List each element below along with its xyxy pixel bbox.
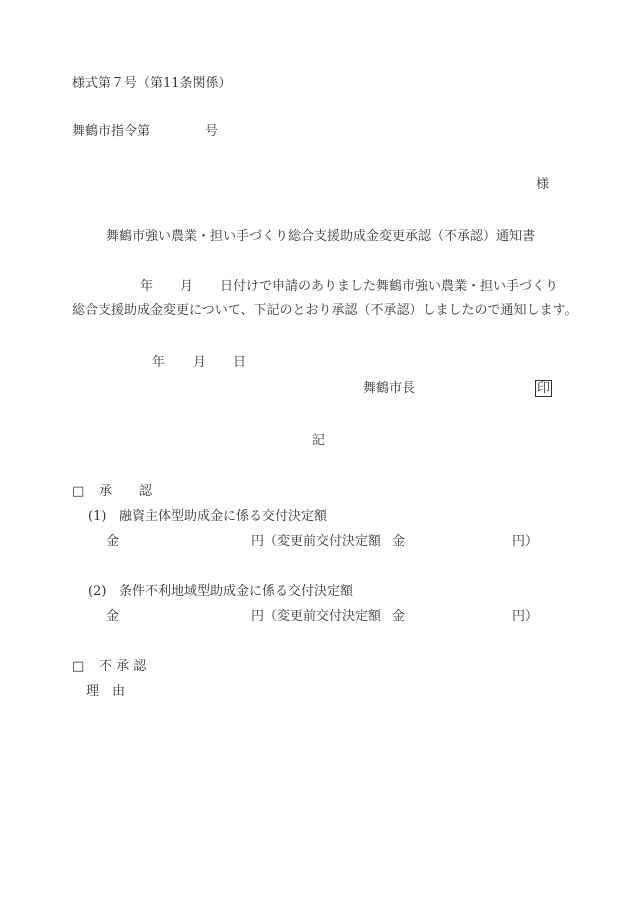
signer-name: 舞鶴市長 <box>363 381 415 397</box>
reference-prefix: 舞鶴市指令第 <box>72 124 150 140</box>
item-2-prev-suffix: 円） <box>512 609 538 625</box>
seal-mark: 印 <box>535 380 552 397</box>
date-month: 月 <box>193 355 206 371</box>
reference-suffix: 号 <box>205 124 218 140</box>
ki-label: 記 <box>312 433 325 449</box>
approval-checkbox[interactable]: □ <box>72 484 84 500</box>
disapproval-label: 不 承 認 <box>99 659 146 675</box>
approval-label-2: 認 <box>139 484 152 500</box>
item-2-amount-suffix: 円（変更前交付決定額 <box>251 609 381 625</box>
item-2-amount-prefix: 金 <box>106 609 119 625</box>
body-month: 月 <box>180 279 193 295</box>
item-1-amount-prefix: 金 <box>106 534 119 550</box>
approval-label-1: 承 <box>99 484 112 500</box>
item-2-title: 条件不利地域型助成金に係る交付決定額 <box>119 584 353 600</box>
date-year: 年 <box>152 355 165 371</box>
reason-label: 理 由 <box>86 684 125 700</box>
form-number: 様式第７号（第11条関係） <box>72 76 232 92</box>
item-2-number: (2) <box>88 584 106 600</box>
disapproval-checkbox[interactable]: □ <box>72 659 84 675</box>
item-1-title: 融資主体型助成金に係る交付決定額 <box>119 509 327 525</box>
body-line1-text: 日付けで申請のありました舞鶴市強い農業・担い手づくり <box>220 279 558 295</box>
item-1-amount-suffix: 円（変更前交付決定額 <box>251 534 381 550</box>
addressee-suffix: 様 <box>536 177 549 193</box>
document-title: 舞鶴市強い農業・担い手づくり総合支援助成金変更承認（不承認）通知書 <box>106 229 535 245</box>
item-1-number: (1) <box>88 509 106 525</box>
item-2-prev-prefix: 金 <box>392 609 405 625</box>
body-year: 年 <box>140 279 153 295</box>
item-1-prev-suffix: 円） <box>512 534 538 550</box>
body-line2: 総合支援助成金変更について、下記のとおり承認（不承認）しましたので通知します。 <box>72 303 577 319</box>
date-day: 日 <box>233 355 246 371</box>
item-1-prev-prefix: 金 <box>392 534 405 550</box>
